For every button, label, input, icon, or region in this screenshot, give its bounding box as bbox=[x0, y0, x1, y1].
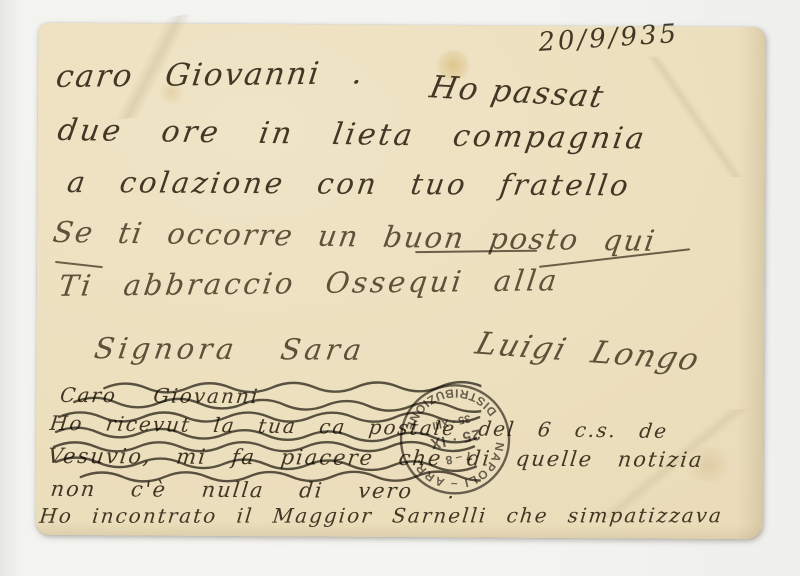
handwriting-line: Ti abbraccio Ossequi alla bbox=[57, 263, 562, 303]
card-edge-shading bbox=[736, 27, 765, 539]
handwriting-line: Se ti occorre un buon posto qui bbox=[51, 215, 659, 258]
handwriting-greeting: caro Giovanni . bbox=[54, 55, 367, 95]
handwriting-line: due ore in lieta compagnia bbox=[55, 113, 649, 157]
date-handwritten: 20/9/935 bbox=[538, 19, 680, 58]
handwriting-line: Ho passat bbox=[427, 69, 608, 115]
underline-stroke bbox=[55, 261, 103, 268]
signature: Luigi Longo bbox=[471, 326, 705, 378]
postcard: 20/9/935 caro Giovanni . Ho passat due o… bbox=[35, 23, 765, 539]
handwriting-line: Signora Sara bbox=[92, 331, 368, 367]
handwriting-line: a colazione con tuo fratello bbox=[65, 165, 633, 202]
paper-crease bbox=[635, 56, 756, 177]
scanned-postcard-photo: 20/9/935 caro Giovanni . Ho passat due o… bbox=[0, 0, 800, 576]
machine-cancellation-lines bbox=[51, 378, 482, 521]
